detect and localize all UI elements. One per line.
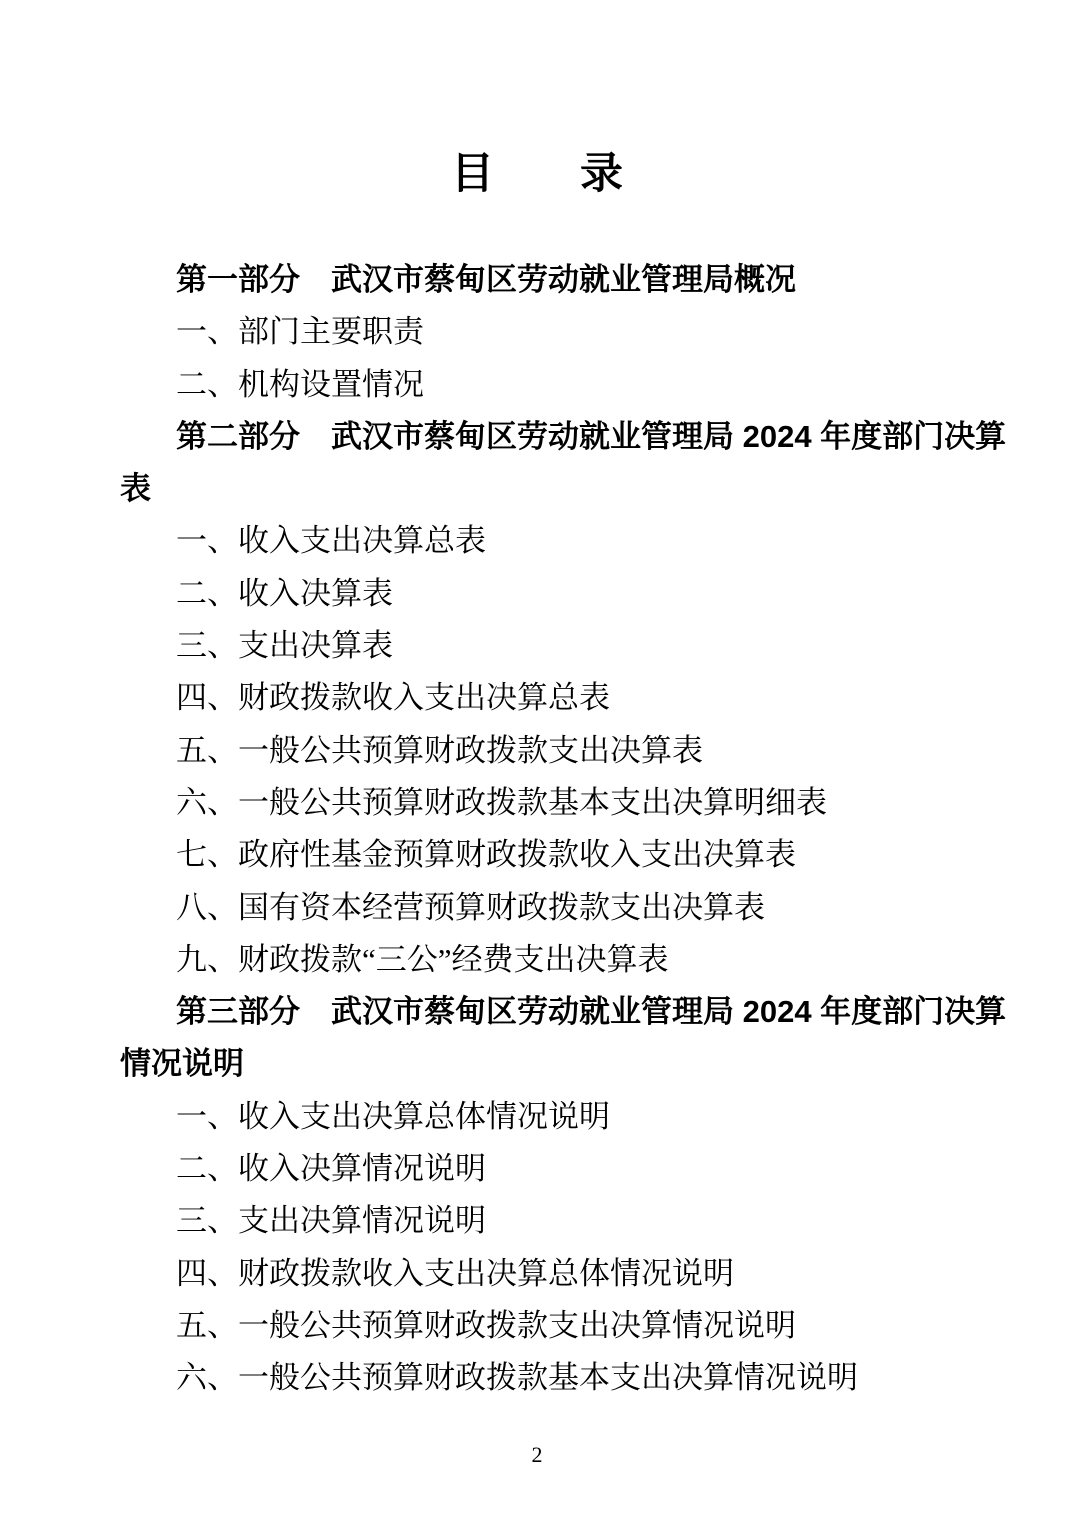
toc-section-2-item-7: 七、政府性基金预算财政拨款收入支出决算表 [120, 829, 984, 881]
toc-section-3-item-6: 六、一般公共预算财政拨款基本支出决算情况说明 [120, 1352, 984, 1404]
toc-section-2-item-9: 九、财政拨款“三公”经费支出决算表 [120, 934, 984, 986]
toc-section-3-item-1: 一、收入支出决算总体情况说明 [120, 1091, 984, 1143]
document-page: 目 录 第一部分 武汉市蔡甸区劳动就业管理局概况 一、部门主要职责 二、机构设置… [0, 0, 1074, 1520]
toc-section-3-heading-line-2: 情况说明 [120, 1038, 984, 1090]
toc-section-3-item-5: 五、一般公共预算财政拨款支出决算情况说明 [120, 1300, 984, 1352]
toc-section-2-item-8: 八、国有资本经营预算财政拨款支出决算表 [120, 882, 984, 934]
toc-section-2-item-4: 四、财政拨款收入支出决算总表 [120, 672, 984, 724]
toc-section-2-item-6: 六、一般公共预算财政拨款基本支出决算明细表 [120, 777, 984, 829]
toc-section-1-item-2: 二、机构设置情况 [120, 359, 984, 411]
toc-section-2-heading-line-1: 第二部分 武汉市蔡甸区劳动就业管理局 2024 年度部门决算 [120, 411, 984, 463]
toc-section-3-heading-line-1: 第三部分 武汉市蔡甸区劳动就业管理局 2024 年度部门决算 [120, 986, 984, 1038]
toc-section-2-item-1: 一、收入支出决算总表 [120, 515, 984, 567]
toc-section-1-heading: 第一部分 武汉市蔡甸区劳动就业管理局概况 [120, 254, 984, 306]
toc-section-2-heading-line-2: 表 [120, 463, 984, 515]
page-title: 目 录 [0, 0, 1074, 202]
toc-section-3-item-4: 四、财政拨款收入支出决算总体情况说明 [120, 1248, 984, 1300]
toc-section-1-item-1: 一、部门主要职责 [120, 306, 984, 358]
toc-section-2-item-5: 五、一般公共预算财政拨款支出决算表 [120, 725, 984, 777]
toc-section-3-item-3: 三、支出决算情况说明 [120, 1195, 984, 1247]
toc-section-2-item-3: 三、支出决算表 [120, 620, 984, 672]
page-number: 2 [0, 1442, 1074, 1468]
toc-section-3-item-2: 二、收入决算情况说明 [120, 1143, 984, 1195]
toc-section-2-item-2: 二、收入决算表 [120, 568, 984, 620]
table-of-contents: 第一部分 武汉市蔡甸区劳动就业管理局概况 一、部门主要职责 二、机构设置情况 第… [120, 254, 984, 1405]
